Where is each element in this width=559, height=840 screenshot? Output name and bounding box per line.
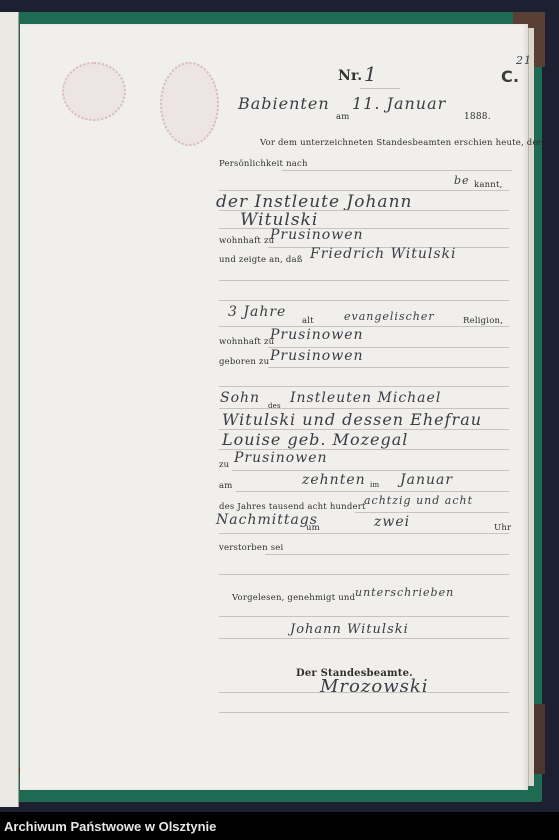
geboren-handwritten: Prusinowen — [270, 348, 364, 364]
rule-line — [219, 616, 509, 617]
rule-line — [282, 170, 512, 171]
parents-zu-handwritten: Prusinowen — [234, 450, 328, 466]
archive-footer-bar: Archiwum Państwowe w Olsztynie — [0, 812, 559, 840]
form-letter: C. — [501, 67, 519, 86]
persoenlichkeit-label: Persönlichkeit nach — [219, 159, 308, 169]
archive-name: Archiwum Państwowe w Olsztynie — [4, 819, 216, 834]
rule-line — [355, 512, 509, 513]
rule-line — [268, 367, 509, 368]
informant-signature: Johann Witulski — [290, 622, 409, 637]
hour-handwritten: zwei — [374, 514, 410, 530]
intro-text: Vor dem unterzeichneten Standesbeamten e… — [260, 138, 542, 148]
parents-line3-handwritten: Louise geb. Mozegal — [222, 430, 408, 449]
parents-line1-prefix-handwritten: Sohn — [220, 390, 260, 406]
rule-line — [219, 280, 509, 281]
informant-line1-handwritten: der Instleute Johann — [216, 192, 412, 212]
religion-handwritten: evangelischer — [344, 310, 435, 323]
rule-line — [219, 190, 509, 191]
folio-number: 21 — [516, 54, 532, 67]
rule-line — [219, 533, 509, 534]
place-handwritten: Babienten — [238, 94, 330, 113]
deceased-name-handwritten: Friedrich Witulski — [310, 246, 457, 262]
death-year-words-handwritten: achtzig und acht — [364, 494, 473, 507]
rule-line — [219, 300, 509, 301]
death-month-handwritten: Januar — [400, 472, 453, 488]
parents-zu-label: zu — [219, 460, 229, 470]
rule-line — [219, 386, 509, 387]
informant-wohnhaft-handwritten: Prusinowen — [270, 227, 364, 243]
rule-line — [219, 326, 509, 327]
rule-line — [265, 554, 509, 555]
rule-line — [219, 408, 509, 409]
record-number-value: 1 — [364, 62, 378, 86]
am-label: am — [336, 112, 350, 122]
rule-line — [219, 712, 509, 713]
stain-mark — [62, 62, 126, 121]
date-handwritten: 11. Januar — [352, 94, 446, 113]
rule-line — [219, 638, 509, 639]
rule-line — [236, 491, 509, 492]
year-printed: 1888. — [464, 112, 491, 122]
religion-label: Religion, — [463, 316, 503, 326]
deceased-wohnhaft-handwritten: Prusinowen — [270, 327, 364, 343]
informant-wohnhaft-label: wohnhaft zu — [219, 236, 274, 246]
rule-line — [219, 574, 509, 575]
deceased-wohnhaft-label: wohnhaft zu — [219, 337, 274, 347]
stain-mark — [160, 62, 219, 146]
parents-line1-handwritten: Instleuten Michael — [290, 390, 441, 406]
rule-line — [232, 470, 509, 471]
bekannt-prefix-handwritten: be — [454, 174, 470, 187]
left-page-leaf — [0, 12, 19, 807]
death-day-handwritten: zehnten — [302, 472, 366, 488]
zeigte-an-label: und zeigte an, daß — [219, 255, 303, 265]
rule-line — [360, 88, 400, 89]
jahres-label: des Jahres tausend acht hundert — [219, 502, 366, 512]
rule-line — [219, 228, 509, 229]
vorgelesen-label: Vorgelesen, genehmigt und — [232, 593, 355, 603]
geboren-label: geboren zu — [219, 357, 269, 367]
death-am-label: am — [219, 481, 233, 491]
time-of-day-handwritten: Nachmittags — [216, 512, 318, 528]
death-im-label: im — [370, 481, 379, 489]
um-label: um — [306, 523, 320, 533]
verstorben-label: verstorben sei — [219, 543, 283, 553]
register-page: 21 Nr. 1 C. Babienten am 11. Januar 1888… — [20, 24, 528, 790]
record-number-label: Nr. — [338, 68, 362, 84]
bekannt-label: kannt, — [474, 180, 503, 190]
registrar-signature: Mrozowski — [320, 676, 429, 697]
age-handwritten: 3 Jahre — [228, 304, 286, 320]
rule-line — [219, 692, 509, 693]
alt-label: alt — [302, 316, 314, 326]
parents-line2-handwritten: Witulski und dessen Ehefrau — [222, 410, 482, 429]
uhr-label: Uhr — [494, 523, 511, 533]
scan-image: 21 Nr. 1 C. Babienten am 11. Januar 1888… — [0, 0, 559, 812]
vorgelesen-handwritten: unterschrieben — [355, 586, 454, 599]
